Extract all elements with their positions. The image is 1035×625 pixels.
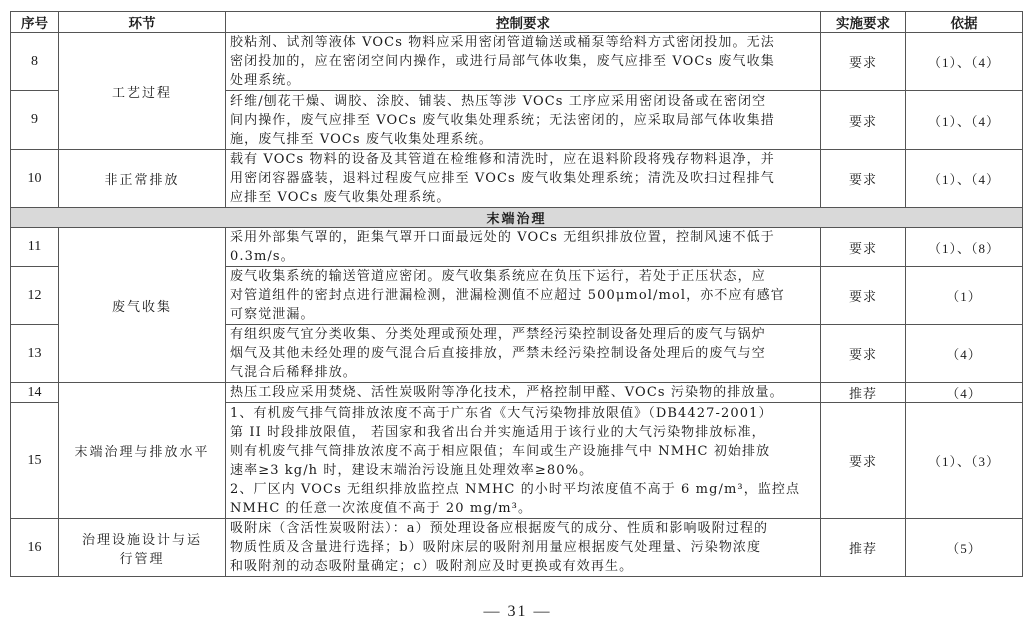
header-implementation: 实施要求 (821, 12, 906, 33)
req-line: NMHC 的任意一次浓度值不高于 20 mg/m³。 (230, 499, 816, 518)
row-implementation: 要求 (821, 267, 906, 325)
row-num: 10 (11, 150, 59, 208)
row-num: 13 (11, 325, 59, 383)
req-line: 施，废气排至 VOCs 废气收集处理系统。 (230, 130, 816, 149)
req-line: 废气收集系统的输送管道应密闭。废气收集系统应在负压下运行，若处于正压状态，应 (230, 267, 816, 286)
table-row: 14 末端治理与排放水平 热压工段应采用焚烧、活性炭吸附等净化技术，严格控制甲醛… (11, 383, 1023, 403)
row-requirement: 废气收集系统的输送管道应密闭。废气收集系统应在负压下运行，若处于正压状态，应 对… (226, 267, 821, 325)
row-basis: （4） (906, 383, 1023, 403)
row-basis: （1）、（4） (906, 91, 1023, 150)
row-requirement: 胶粘剂、试剂等液体 VOCs 物料应采用密闭管道输送或桶泵等给料方式密闭投加。无… (226, 33, 821, 91)
stage-process: 工艺过程 (59, 33, 226, 150)
row-implementation: 要求 (821, 325, 906, 383)
req-line: 2、厂区内 VOCs 无组织排放监控点 NMHC 的小时平均浓度值不高于 6 m… (230, 480, 816, 499)
row-num: 9 (11, 91, 59, 150)
row-basis: （1）、（3） (906, 403, 1023, 519)
row-num: 8 (11, 33, 59, 91)
row-num: 12 (11, 267, 59, 325)
req-line: 吸附床（含活性炭吸附法）：a）预处理设备应根据废气的成分、性质和影响吸附过程的 (230, 519, 816, 538)
req-line: 有组织废气宜分类收集、分类处理或预处理，严禁经污染控制设备处理后的废气与锅炉 (230, 325, 816, 344)
row-implementation: 要求 (821, 33, 906, 91)
row-num: 14 (11, 383, 59, 403)
stage-treatment-level: 末端治理与排放水平 (59, 383, 226, 519)
table-row: 10 非正常排放 载有 VOCs 物料的设备及其管道在检维修和清洗时，应在退料阶… (11, 150, 1023, 208)
row-basis: （4） (906, 325, 1023, 383)
row-implementation: 要求 (821, 150, 906, 208)
req-line: 用密闭容器盛装，退料过程废气应排至 VOCs 废气收集处理系统；清洗及吹扫过程排… (230, 169, 816, 188)
row-requirement: 吸附床（含活性炭吸附法）：a）预处理设备应根据废气的成分、性质和影响吸附过程的 … (226, 519, 821, 577)
row-num: 15 (11, 403, 59, 519)
row-basis: （1）、（4） (906, 150, 1023, 208)
req-line: 载有 VOCs 物料的设备及其管道在检维修和清洗时，应在退料阶段将残存物料退净，… (230, 150, 816, 169)
row-implementation: 要求 (821, 228, 906, 267)
stage-collection: 废气收集 (59, 228, 226, 383)
page-number: — 31 — (0, 603, 1035, 621)
req-line: 胶粘剂、试剂等液体 VOCs 物料应采用密闭管道输送或桶泵等给料方式密闭投加。无… (230, 33, 816, 52)
row-implementation: 推荐 (821, 519, 906, 577)
req-line: 第 II 时段排放限值， 若国家和我省出台并实施适用于该行业的大气污染物排放标准… (230, 423, 816, 442)
table-row: 11 废气收集 采用外部集气罩的，距集气罩开口面最远处的 VOCs 无组织排放位… (11, 228, 1023, 267)
table-row: 16 治理设施设计与运行管理 吸附床（含活性炭吸附法）：a）预处理设备应根据废气… (11, 519, 1023, 577)
header-num: 序号 (11, 12, 59, 33)
row-requirement: 纤维/刨花干燥、调胶、涂胶、铺装、热压等涉 VOCs 工序应采用密闭设备或在密闭… (226, 91, 821, 150)
row-implementation: 要求 (821, 91, 906, 150)
req-line: 应排至 VOCs 废气收集处理系统。 (230, 188, 816, 207)
row-basis: （5） (906, 519, 1023, 577)
row-requirement: 采用外部集气罩的，距集气罩开口面最远处的 VOCs 无组织排放位置，控制风速不低… (226, 228, 821, 267)
req-line: 速率≥3 kg/h 时，建设末端治污设施且处理效率≥80%。 (230, 461, 816, 480)
row-requirement: 有组织废气宜分类收集、分类处理或预处理，严禁经污染控制设备处理后的废气与锅炉 烟… (226, 325, 821, 383)
row-basis: （1） (906, 267, 1023, 325)
header-basis: 依据 (906, 12, 1023, 33)
req-line: 物质性质及含量进行选择；b）吸附床层的吸附剂用量应根据废气处理量、污染物浓度 (230, 538, 816, 557)
req-line: 0.3m/s。 (230, 247, 816, 266)
req-line: 和吸附剂的动态吸附量确定；c）吸附剂应及时更换或有效再生。 (230, 557, 816, 576)
row-implementation: 要求 (821, 403, 906, 519)
row-basis: （1）、（4） (906, 33, 1023, 91)
req-line: 热压工段应采用焚烧、活性炭吸附等净化技术，严格控制甲醛、VOCs 污染物的排放量… (230, 383, 816, 402)
section-header-row: 末端治理 (11, 208, 1023, 228)
row-num: 16 (11, 519, 59, 577)
req-line: 1、有机废气排气筒排放浓度不高于广东省《大气污染物排放限值》（DB4427-20… (230, 404, 816, 423)
voc-control-requirements-table: 序号 环节 控制要求 实施要求 依据 8 工艺过程 胶粘剂、试剂等液体 VOCs… (10, 11, 1023, 577)
section-title: 末端治理 (11, 208, 1023, 228)
req-line: 可察觉泄漏。 (230, 305, 816, 324)
req-line: 纤维/刨花干燥、调胶、涂胶、铺装、热压等涉 VOCs 工序应采用密闭设备或在密闭… (230, 92, 816, 111)
row-num: 11 (11, 228, 59, 267)
req-line: 密闭投加的，应在密闭空间内操作，或进行局部气体收集，废气应排至 VOCs 废气收… (230, 52, 816, 71)
row-requirement: 载有 VOCs 物料的设备及其管道在检维修和清洗时，应在退料阶段将残存物料退净，… (226, 150, 821, 208)
row-implementation: 推荐 (821, 383, 906, 403)
req-line: 采用外部集气罩的，距集气罩开口面最远处的 VOCs 无组织排放位置，控制风速不低… (230, 228, 816, 247)
row-basis: （1）、（8） (906, 228, 1023, 267)
header-stage: 环节 (59, 12, 226, 33)
req-line: 气混合后稀释排放。 (230, 363, 816, 382)
stage-facility-design: 治理设施设计与运行管理 (59, 519, 226, 577)
req-line: 处理系统。 (230, 71, 816, 90)
stage-abnormal: 非正常排放 (59, 150, 226, 208)
req-line: 则有机废气排气筒排放浓度不高于相应限值；车间或生产设施排气中 NMHC 初始排放 (230, 442, 816, 461)
row-requirement: 1、有机废气排气筒排放浓度不高于广东省《大气污染物排放限值》（DB4427-20… (226, 403, 821, 519)
header-requirement: 控制要求 (226, 12, 821, 33)
table-header-row: 序号 环节 控制要求 实施要求 依据 (11, 12, 1023, 33)
req-line: 烟气及其他未经处理的废气混合后直接排放，严禁未经污染控制设备处理后的废气与空 (230, 344, 816, 363)
table-row: 8 工艺过程 胶粘剂、试剂等液体 VOCs 物料应采用密闭管道输送或桶泵等给料方… (11, 33, 1023, 91)
row-requirement: 热压工段应采用焚烧、活性炭吸附等净化技术，严格控制甲醛、VOCs 污染物的排放量… (226, 383, 821, 403)
req-line: 对管道组件的密封点进行泄漏检测，泄漏检测值不应超过 500μmol/mol，亦不… (230, 286, 816, 305)
req-line: 间内操作，废气应排至 VOCs 废气收集处理系统；无法密闭的，应采取局部气体收集… (230, 111, 816, 130)
